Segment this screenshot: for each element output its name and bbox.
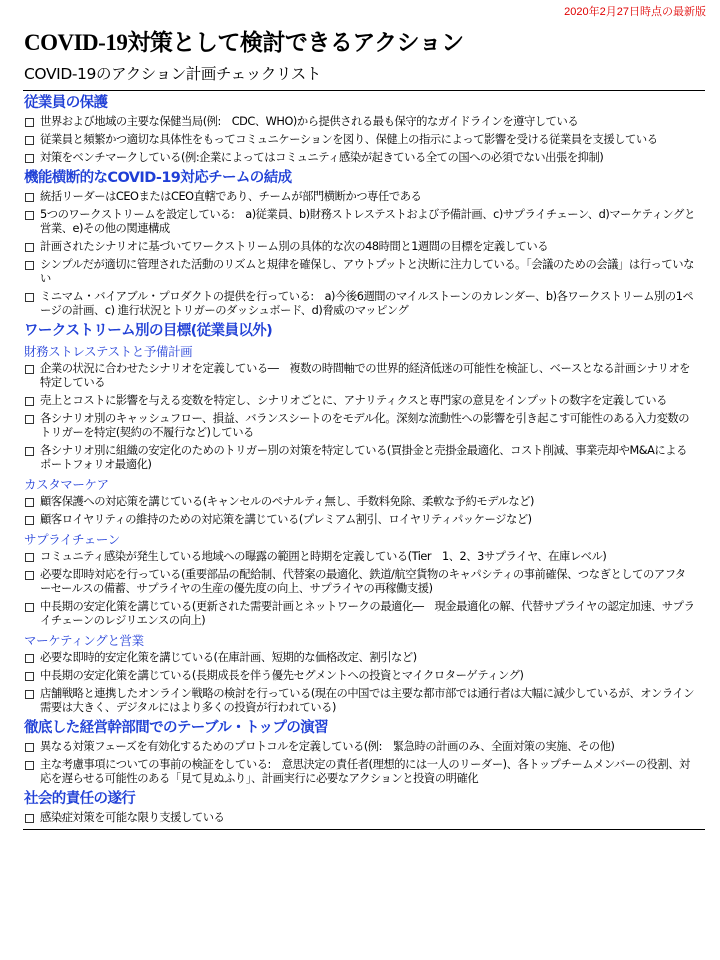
checkbox[interactable] xyxy=(25,498,34,507)
checklist-item: 計画されたシナリオに基づいてワークストリーム別の具体的な次の48時間と1週間の目… xyxy=(24,240,704,254)
bottom-divider xyxy=(23,829,705,830)
checklist-item: シンプルだが適切に管理された活動のリズムと規律を確保し、アウトプットと決断に注力… xyxy=(24,258,704,286)
item-text: 統括リーダーはCEOまたはCEO直轄であり、チームが部門横断かつ専任である xyxy=(40,190,704,204)
checkbox[interactable] xyxy=(25,571,34,580)
checkbox[interactable] xyxy=(25,415,34,424)
checklist-item: 5つのワークストリームを設定している: a)従業員、b)財務ストレステストおよび… xyxy=(24,208,704,236)
checklist-item: 中長期の安定化策を講じている(長期成長を伴う優先セグメントへの投資とマイクロター… xyxy=(24,669,704,683)
checklist-item: 企業の状況に合わせたシナリオを定義している― 複数の時間軸での世界的経済低迷の可… xyxy=(24,362,704,390)
checklist-item: 従業員と頻繁かつ適切な具体性をもってコミュニケーションを図り、保健上の指示によっ… xyxy=(24,133,704,147)
section-heading: 社会的責任の遂行 xyxy=(24,790,704,809)
checklist-item: 顧客ロイヤリティの維持のための対応策を講じている(プレミアム割引、ロイヤリティパ… xyxy=(24,513,704,527)
checklist-item: 必要な即時的安定化策を講じている(在庫計画、短期的な価格改定、割引など) xyxy=(24,651,704,665)
item-text: 顧客保護への対応策を講じている(キャンセルのペナルティ無し、手数料免除、柔軟な予… xyxy=(40,495,704,509)
item-text: 中長期の安定化策を講じている(更新された需要計画とネットワークの最適化― 現金最… xyxy=(40,600,704,628)
checklist-item: 感染症対策を可能な限り支援している xyxy=(24,811,704,825)
subsection-heading-marketing-sales: マーケティングと営業 xyxy=(24,632,704,650)
item-text: シンプルだが適切に管理された活動のリズムと規律を確保し、アウトプットと決断に注力… xyxy=(40,258,704,286)
checklist-item: 異なる対策フェーズを有効化するためのプロトコルを定義している(例: 緊急時の計画… xyxy=(24,740,704,754)
item-text: 各シナリオ別のキャッシュフロー、損益、バランスシートのをモデル化。深刻な流動性へ… xyxy=(40,412,704,440)
item-text: 顧客ロイヤリティの維持のための対応策を講じている(プレミアム割引、ロイヤリティパ… xyxy=(40,513,704,527)
item-text: 従業員と頻繁かつ適切な具体性をもってコミュニケーションを図り、保健上の指示によっ… xyxy=(40,133,704,147)
item-text: ミニマム・バイアブル・プロダクトの提供を行っている: a)今後6週間のマイルスト… xyxy=(40,290,704,318)
checkbox[interactable] xyxy=(25,672,34,681)
section-heading: 徹底した経営幹部間でのテーブル・トップの演習 xyxy=(24,719,704,738)
checklist-item: 主な考慮事項についての事前の検証をしている: 意思決定の責任者(理想的には一人の… xyxy=(24,758,704,786)
checklist-item: 顧客保護への対応策を講じている(キャンセルのペナルティ無し、手数料免除、柔軟な予… xyxy=(24,495,704,509)
page-title: COVID-19対策として検討できるアクション xyxy=(24,24,464,57)
checkbox[interactable] xyxy=(25,814,34,823)
checkbox[interactable] xyxy=(25,397,34,406)
checklist-item: 各シナリオ別に組織の安定化のためのトリガー別の対策を特定している(買掛金と売掛金… xyxy=(24,444,704,472)
checkbox[interactable] xyxy=(25,261,34,270)
item-text: 主な考慮事項についての事前の検証をしている: 意思決定の責任者(理想的には一人の… xyxy=(40,758,704,786)
checkbox[interactable] xyxy=(25,690,34,699)
item-text: 売上とコストに影響を与える変数を特定し、シナリオごとに、アナリティクスと専門家の… xyxy=(40,394,704,408)
checklist-item: 対策をベンチマークしている(例:企業によってはコミュニティ感染が起きている全ての… xyxy=(24,151,704,165)
section-heading: 従業員の保護 xyxy=(24,94,704,113)
item-text: 中長期の安定化策を講じている(長期成長を伴う優先セグメントへの投資とマイクロター… xyxy=(40,669,704,683)
checklist-item: ミニマム・バイアブル・プロダクトの提供を行っている: a)今後6週間のマイルスト… xyxy=(24,290,704,318)
checkbox[interactable] xyxy=(25,743,34,752)
top-divider xyxy=(23,90,705,91)
section-heading: ワークストリーム別の目標(従業員以外) xyxy=(24,322,704,341)
checkbox[interactable] xyxy=(25,365,34,374)
checklist-item: 必要な即時対応を行っている(重要部品の配給制、代替案の最適化、鉄道/航空貨物のキ… xyxy=(24,568,704,596)
subsection-heading-supply-chain: サプライチェーン xyxy=(24,531,704,549)
checklist-item: 各シナリオ別のキャッシュフロー、損益、バランスシートのをモデル化。深刻な流動性へ… xyxy=(24,412,704,440)
section-employee-protection: 従業員の保護 世界および地域の主要な保健当局(例: CDC、WHO)から提供され… xyxy=(24,94,704,165)
item-text: コミュニティ感染が発生している地域への曝露の範囲と時期を定義している(Tier … xyxy=(40,550,704,564)
checkbox[interactable] xyxy=(25,603,34,612)
checkbox[interactable] xyxy=(25,243,34,252)
checkbox[interactable] xyxy=(25,136,34,145)
checklist-item: 統括リーダーはCEOまたはCEO直轄であり、チームが部門横断かつ専任である xyxy=(24,190,704,204)
checklist-item: コミュニティ感染が発生している地域への曝露の範囲と時期を定義している(Tier … xyxy=(24,550,704,564)
checklist-item: 店舗戦略と連携したオンライン戦略の検討を行っている(現在の中国では主要な都市部で… xyxy=(24,687,704,715)
item-text: 必要な即時的安定化策を講じている(在庫計画、短期的な価格改定、割引など) xyxy=(40,651,704,665)
section-response-team: 機能横断的なCOVID-19対応チームの結成 統括リーダーはCEOまたはCEO直… xyxy=(24,169,704,318)
section-tabletop-exercise: 徹底した経営幹部間でのテーブル・トップの演習 異なる対策フェーズを有効化するため… xyxy=(24,719,704,786)
subsection-heading-finance: 財務ストレステストと予備計画 xyxy=(24,343,704,361)
checklist-item: 世界および地域の主要な保健当局(例: CDC、WHO)から提供される最も保守的な… xyxy=(24,115,704,129)
item-text: 必要な即時対応を行っている(重要部品の配給制、代替案の最適化、鉄道/航空貨物のキ… xyxy=(40,568,704,596)
section-heading: 機能横断的なCOVID-19対応チームの結成 xyxy=(24,169,704,188)
checkbox[interactable] xyxy=(25,293,34,302)
item-text: 異なる対策フェーズを有効化するためのプロトコルを定義している(例: 緊急時の計画… xyxy=(40,740,704,754)
checklist-item: 売上とコストに影響を与える変数を特定し、シナリオごとに、アナリティクスと専門家の… xyxy=(24,394,704,408)
checkbox[interactable] xyxy=(25,553,34,562)
checkbox[interactable] xyxy=(25,118,34,127)
item-text: 感染症対策を可能な限り支援している xyxy=(40,811,704,825)
subsection-heading-customer-care: カスタマーケア xyxy=(24,476,704,494)
checkbox[interactable] xyxy=(25,516,34,525)
checkbox[interactable] xyxy=(25,193,34,202)
section-social-responsibility: 社会的責任の遂行 感染症対策を可能な限り支援している xyxy=(24,790,704,825)
item-text: 店舗戦略と連携したオンライン戦略の検討を行っている(現在の中国では主要な都市部で… xyxy=(40,687,704,715)
checkbox[interactable] xyxy=(25,211,34,220)
section-workstream-goals: ワークストリーム別の目標(従業員以外) 財務ストレステストと予備計画 企業の状況… xyxy=(24,322,704,715)
checklist-item: 中長期の安定化策を講じている(更新された需要計画とネットワークの最適化― 現金最… xyxy=(24,600,704,628)
version-date: 2020年2月27日時点の最新版 xyxy=(564,3,706,19)
checkbox[interactable] xyxy=(25,654,34,663)
checklist-content: 従業員の保護 世界および地域の主要な保健当局(例: CDC、WHO)から提供され… xyxy=(24,94,704,830)
item-text: 計画されたシナリオに基づいてワークストリーム別の具体的な次の48時間と1週間の目… xyxy=(40,240,704,254)
page-subtitle: COVID-19のアクション計画チェックリスト xyxy=(24,62,321,84)
item-text: 5つのワークストリームを設定している: a)従業員、b)財務ストレステストおよび… xyxy=(40,208,704,236)
checkbox[interactable] xyxy=(25,154,34,163)
item-text: 企業の状況に合わせたシナリオを定義している― 複数の時間軸での世界的経済低迷の可… xyxy=(40,362,704,390)
item-text: 各シナリオ別に組織の安定化のためのトリガー別の対策を特定している(買掛金と売掛金… xyxy=(40,444,704,472)
item-text: 対策をベンチマークしている(例:企業によってはコミュニティ感染が起きている全ての… xyxy=(40,151,704,165)
item-text: 世界および地域の主要な保健当局(例: CDC、WHO)から提供される最も保守的な… xyxy=(40,115,704,129)
checkbox[interactable] xyxy=(25,447,34,456)
checkbox[interactable] xyxy=(25,761,34,770)
